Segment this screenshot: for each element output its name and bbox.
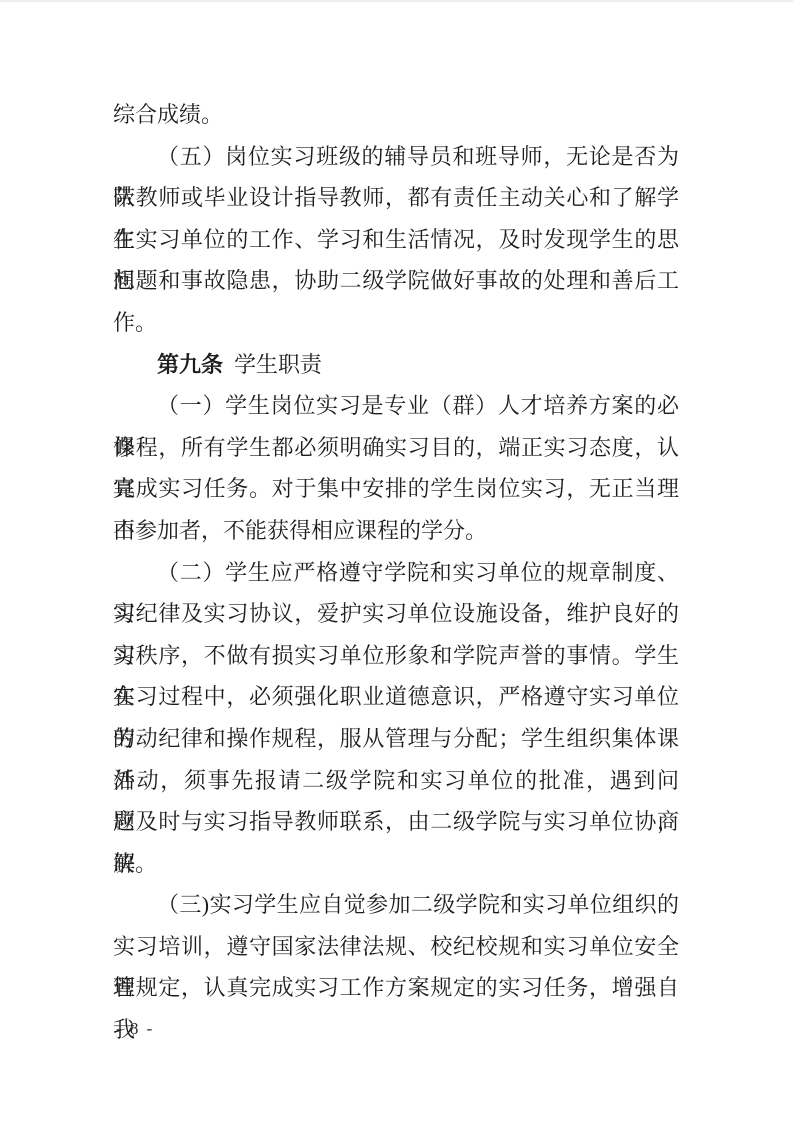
text-line: 实习过程中，必须强化职业道德意识，严格遵守实习单位的 bbox=[113, 676, 679, 718]
text-line: （二）学生应严格遵守学院和实习单位的规章制度、实 bbox=[113, 552, 679, 594]
article-number: 第九条 bbox=[157, 352, 223, 377]
text-line: 综合成绩。 bbox=[113, 94, 679, 136]
text-line: 习秩序，不做有损实习单位形象和学院声誉的事情。学生在 bbox=[113, 635, 679, 677]
text-line: （一）学生岗位实习是专业（群）人才培养方案的必修 bbox=[113, 385, 679, 427]
article-heading: 第九条学生职责 bbox=[113, 344, 679, 386]
article-title: 学生职责 bbox=[234, 352, 322, 377]
text-line: 不参加者，不能获得相应课程的学分。 bbox=[113, 510, 679, 552]
text-line: 劳动纪律和操作规程，服从管理与分配；学生组织集体课外 bbox=[113, 718, 679, 760]
text-line: （三)实习学生应自觉参加二级学院和实习单位组织的 bbox=[113, 884, 679, 926]
text-line: 作。 bbox=[113, 302, 679, 344]
text-line: 课程，所有学生都必须明确实习目的，端正实习态度，认真 bbox=[113, 427, 679, 469]
page-body: 综合成绩。 （五）岗位实习班级的辅导员和班导师，无论是否为带 队教师或毕业设计指… bbox=[113, 94, 679, 1009]
text-line: 决。 bbox=[113, 843, 679, 885]
document-page: 综合成绩。 （五）岗位实习班级的辅导员和班导师，无论是否为带 队教师或毕业设计指… bbox=[0, 0, 793, 1124]
text-line: 习纪律及实习协议，爱护实习单位设施设备，维护良好的实 bbox=[113, 593, 679, 635]
text-line: 实习培训，遵守国家法律法规、校纪校规和实习单位安全管 bbox=[113, 926, 679, 968]
text-line: （五）岗位实习班级的辅导员和班导师，无论是否为带 bbox=[113, 136, 679, 178]
text-line: 理规定，认真完成实习工作方案规定的实习任务，增强自我 bbox=[113, 967, 679, 1009]
text-line: 完成实习任务。对于集中安排的学生岗位实习，无正当理由 bbox=[113, 468, 679, 510]
text-line: 活动，须事先报请二级学院和实习单位的批准，遇到问题， bbox=[113, 760, 679, 802]
page-number: - 8 - bbox=[116, 1014, 154, 1044]
text-line: 队教师或毕业设计指导教师，都有责任主动关心和了解学生 bbox=[113, 177, 679, 219]
text-line: 应及时与实习指导教师联系，由二级学院与实习单位协商解 bbox=[113, 801, 679, 843]
text-line: 在实习单位的工作、学习和生活情况，及时发现学生的思想 bbox=[113, 219, 679, 261]
text-line: 问题和事故隐患，协助二级学院做好事故的处理和善后工 bbox=[113, 260, 679, 302]
